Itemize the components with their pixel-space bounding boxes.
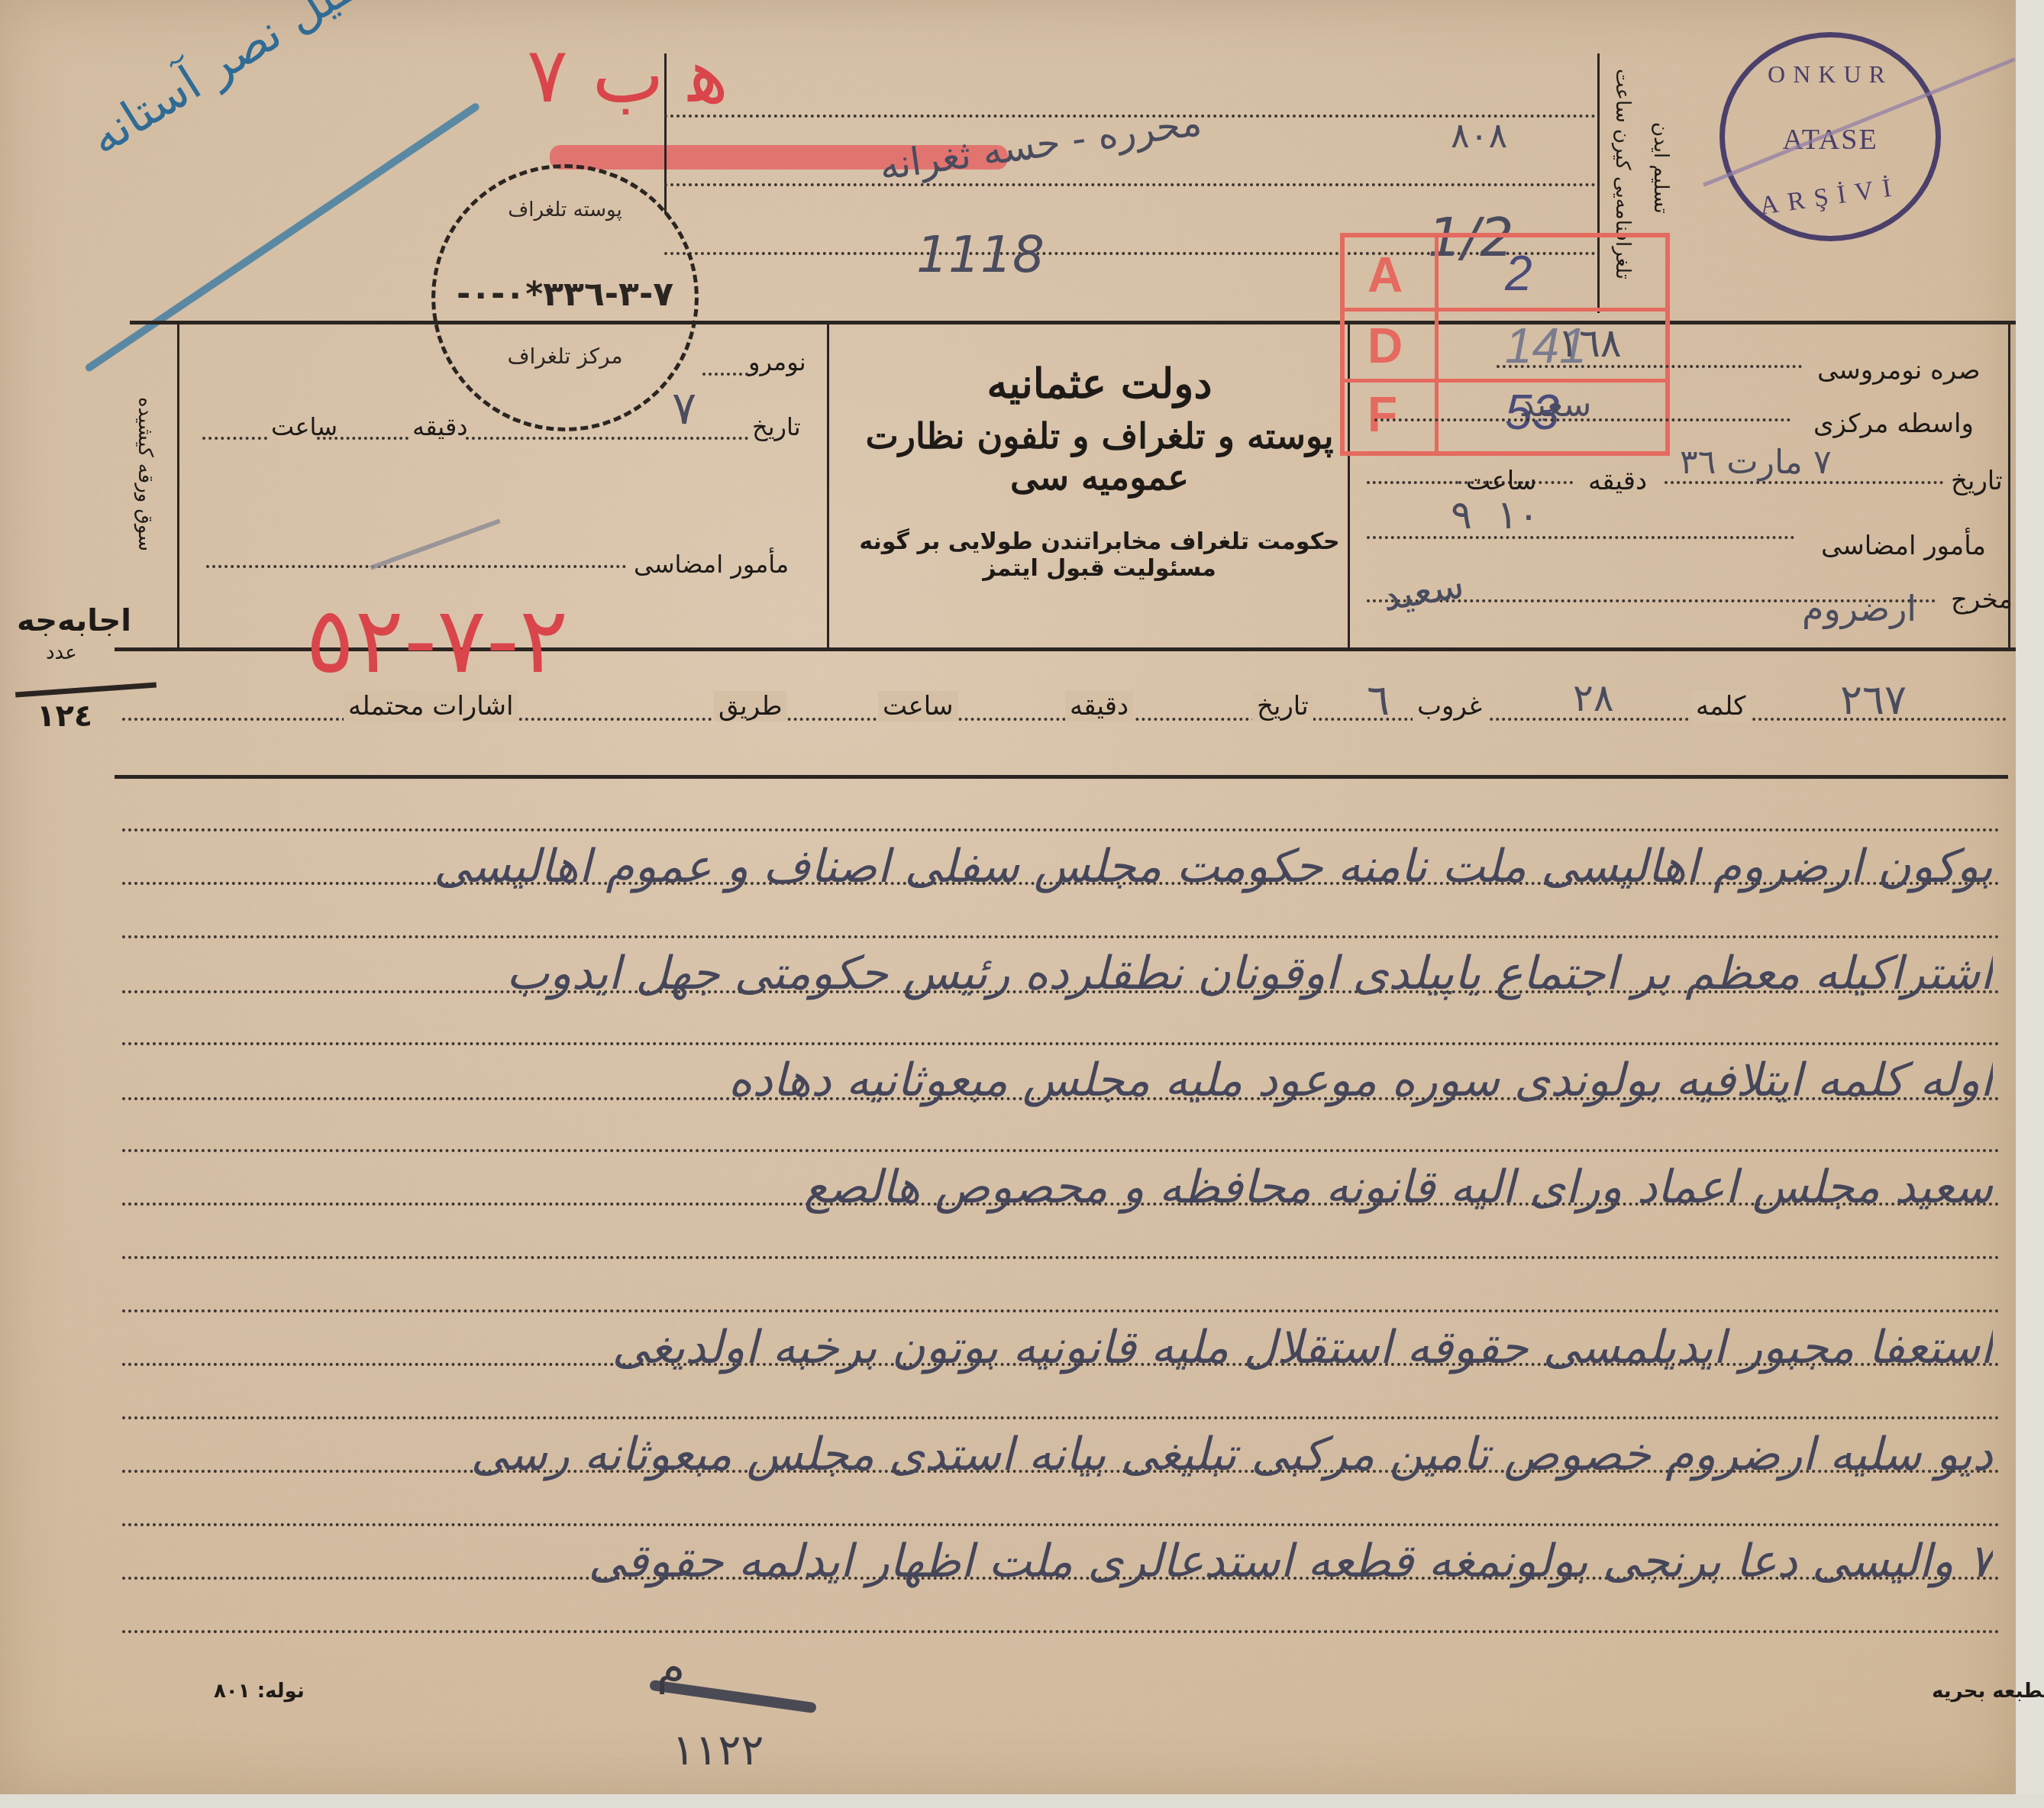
scan-edge bbox=[2016, 0, 2044, 1808]
left-field-number-line bbox=[702, 373, 748, 376]
right-field-relay-label: واسطه مرکزی bbox=[1813, 408, 1974, 439]
adf-letter-d: D bbox=[1368, 318, 1403, 374]
red-annotation-top: ﻫ ب ٧ bbox=[527, 31, 728, 120]
message-line-4: سعید مجلس اعماد ورای الیه قانونه محافظه … bbox=[130, 1161, 1993, 1214]
right-field-minute-label: دقیقه bbox=[1588, 466, 1647, 496]
message-line-3: اوله کلمه ایتلافیه بولوندی سوره موعود مل… bbox=[130, 1054, 1993, 1107]
footer-printer: مطبعه بحریه bbox=[1932, 1680, 2044, 1703]
right-field-minute-value: ١٠ bbox=[1497, 492, 1539, 538]
message-line-1: بوکون ارضروم اهالیسی ملت نامنه حکومت مجل… bbox=[130, 840, 1993, 893]
postmark-date: ٧-٣-٣٣٦*٠-٠- bbox=[450, 275, 680, 314]
right-field-origin-label: مخرج bbox=[1951, 584, 2013, 615]
emblem-line-2: پوسته و تلغراف و تلفون نظارت عمومیه سی bbox=[855, 415, 1344, 498]
left-field-date-line bbox=[466, 437, 748, 440]
message-line-5: استعفا مجبور ایدیلمسی حقوقه استقلال ملیه… bbox=[130, 1321, 1993, 1374]
meta-label-words: کلمه bbox=[1691, 691, 1750, 722]
meta-label-minute: دقیقه bbox=[1065, 691, 1133, 722]
footer-signature-number: ١١٢٢ bbox=[672, 1726, 764, 1775]
message-rule-5 bbox=[122, 1042, 2000, 1045]
meta-label-route: طریق bbox=[714, 691, 787, 722]
emblem-left-border bbox=[827, 321, 829, 649]
postmark-bottom-text: مرکز تلغراف bbox=[481, 344, 649, 369]
right-field-signature-line bbox=[1367, 536, 1794, 539]
stamp-top-text: ONKUR bbox=[1725, 60, 1936, 89]
right-field-hour-label: ساعت bbox=[1466, 466, 1537, 496]
footer-signature: م bbox=[657, 1642, 685, 1695]
right-field-sequence-value: ١٦٨ bbox=[1558, 321, 1622, 366]
top-divider bbox=[664, 53, 667, 214]
adf-letter-a: A bbox=[1368, 247, 1403, 303]
meta-label-hour: ساعت bbox=[878, 691, 958, 722]
handwritten-code: ٨٠٨ bbox=[1451, 115, 1507, 156]
meta-value-number: ٢٦٧ bbox=[1840, 676, 1907, 724]
right-field-sequence-line bbox=[1497, 365, 1802, 368]
message-rule-14 bbox=[122, 1523, 2000, 1526]
adf-value-a: 2 bbox=[1505, 245, 1532, 302]
left-field-date-label: تاریخ bbox=[752, 412, 801, 441]
message-rule-9 bbox=[122, 1256, 2000, 1259]
ottoman-emblem-header: دولت عثمانیه پوسته و تلغراف و تلفون نظار… bbox=[855, 359, 1344, 582]
atase-archive-stamp: ONKUR ATASE ARŞİVİ bbox=[1719, 32, 1941, 241]
right-field-origin-value: ارضروم bbox=[1802, 588, 1916, 629]
left-field-hour-label: ساعت bbox=[271, 412, 337, 441]
margin-note-sub: عدد bbox=[46, 641, 77, 664]
left-field-date-value: ٧ bbox=[672, 382, 696, 435]
right-field-hour-value: ٩ bbox=[1451, 492, 1472, 538]
message-rule-12 bbox=[122, 1416, 2000, 1419]
message-rule-16 bbox=[122, 1630, 2000, 1633]
left-field-minute-label: دقیقه bbox=[412, 412, 468, 441]
top-dotline-2 bbox=[664, 183, 1596, 186]
adf-letter-f: F bbox=[1368, 386, 1397, 443]
right-field-date-value: ٧ مارت ٣٦ bbox=[1680, 443, 1832, 482]
meta-value-gurub: ٦ bbox=[1367, 676, 1390, 725]
vertical-label-left: سوق ورقه کیشیده bbox=[134, 397, 157, 551]
margin-note: اجابه‌جه bbox=[17, 603, 131, 638]
footer-form-code: نوله: ٨٠١ bbox=[214, 1680, 305, 1703]
message-line-2: اشتراکیله معظم بر اجتماع یاپیلدی اوقونان… bbox=[130, 947, 1993, 1000]
message-line-7: ٧ والیسی دعا برنجی بولونمغه قطعه استدعال… bbox=[130, 1535, 1993, 1588]
emblem-disclaimer: حکومت تلغراف مخابراتندن طولایی بر گونه م… bbox=[855, 528, 1344, 582]
message-line-6: دیو سلیه ارضروم خصوص تامین مرکبی تبلیغی … bbox=[130, 1428, 1993, 1481]
right-field-hour-line bbox=[1367, 481, 1458, 484]
right-field-relay-value: سعید bbox=[1519, 386, 1591, 425]
right-field-sequence-label: صره نومروسی bbox=[1817, 355, 1981, 386]
message-rule-10 bbox=[122, 1309, 2000, 1312]
handwritten-number: 1118 bbox=[916, 225, 1045, 284]
left-field-number-label: نومرو bbox=[748, 347, 806, 376]
meta-label-date: تاریخ bbox=[1252, 691, 1313, 722]
message-rule-7 bbox=[122, 1149, 2000, 1152]
postmark-stamp: پوسته تلغراف ٧-٣-٣٣٦*٠-٠- مرکز تلغراف bbox=[431, 164, 699, 431]
stamp-center-text: ATASE bbox=[1725, 123, 1936, 157]
message-top-rule bbox=[115, 775, 2008, 779]
right-field-date-label: تاریخ bbox=[1951, 466, 2003, 496]
left-field-hour-line bbox=[202, 437, 267, 440]
meta-value-words: ٢٨ bbox=[1573, 676, 1614, 720]
red-annotation-middle: ٢-٧-٥٢ bbox=[305, 588, 568, 694]
message-rule-3 bbox=[122, 935, 2000, 938]
emblem-line-1: دولت عثمانیه bbox=[855, 359, 1344, 408]
vertical-label-delivered: تسلیم ایدن bbox=[1649, 122, 1672, 214]
header-top-rule bbox=[130, 321, 2016, 324]
postmark-top-text: پوسته تلغراف bbox=[489, 199, 641, 221]
margin-note-number: ١٢٤ bbox=[37, 699, 92, 734]
meta-label-gurub: غروب bbox=[1413, 691, 1487, 722]
scan-bottom-edge bbox=[0, 1794, 2044, 1808]
right-field-signature-label: مأمور امضاسی bbox=[1821, 531, 1986, 561]
left-field-signature-line bbox=[206, 565, 626, 568]
message-rule-1 bbox=[122, 828, 2000, 831]
meta-label-remarks: اشارات محتمله bbox=[344, 691, 518, 722]
left-field-signature-label: مأمور امضاسی bbox=[634, 550, 789, 579]
left-panel-border bbox=[177, 321, 179, 649]
